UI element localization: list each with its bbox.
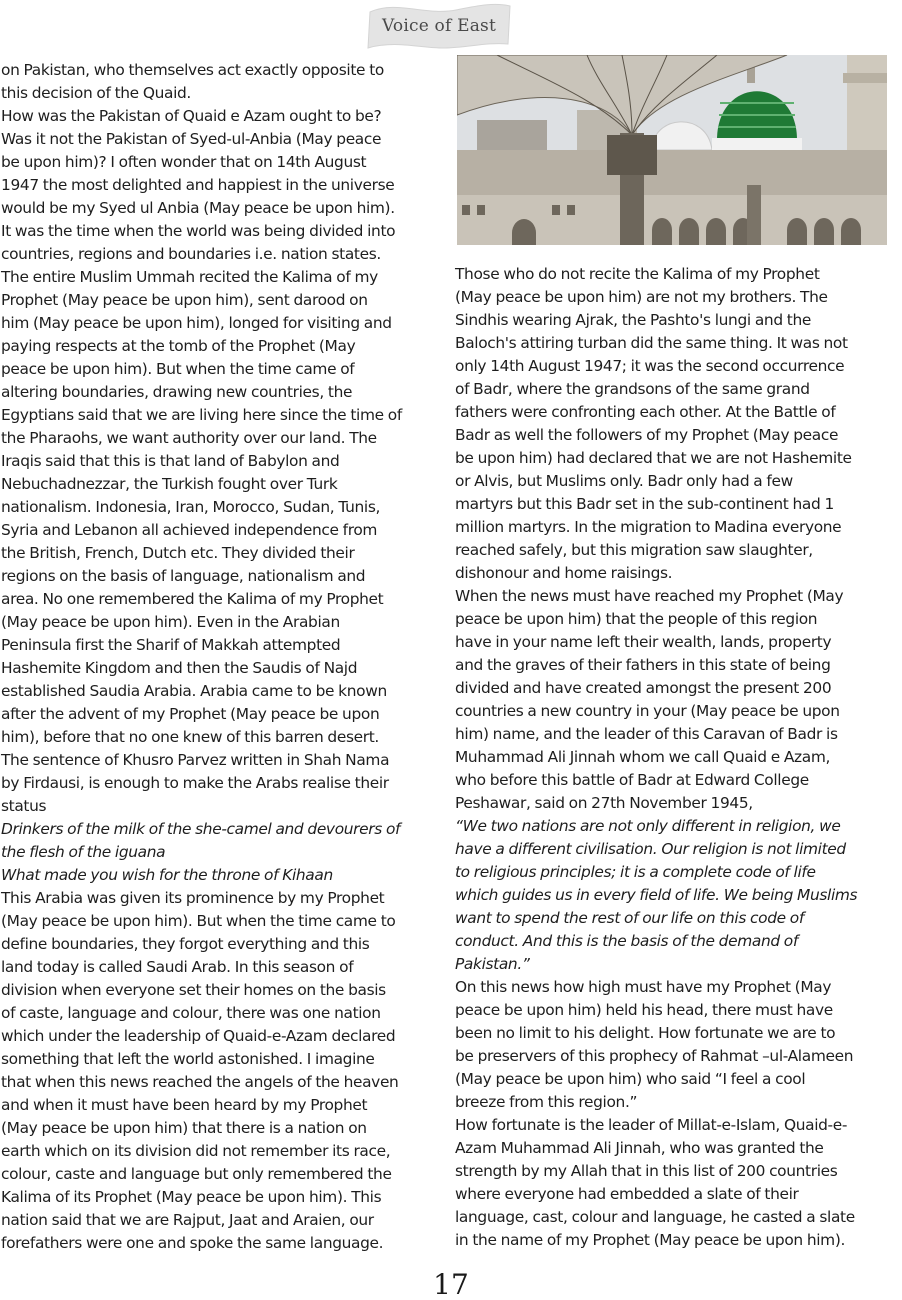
text-line: It was the time when the world was being… — [1, 220, 445, 243]
text-line: regions on the basis of language, nation… — [1, 565, 445, 588]
text-line: paying respects at the tomb of the Proph… — [1, 335, 445, 358]
text-line: would be my Syed ul Anbia (May peace be … — [1, 197, 445, 220]
text-line: Was it not the Pakistan of Syed-ul-Anbia… — [1, 128, 445, 151]
quote-line: conduct. And this is the basis of the de… — [455, 930, 901, 953]
text-line: land today is called Saudi Arab. In this… — [1, 956, 445, 979]
text-line: When the news must have reached my Proph… — [455, 585, 901, 608]
quote-line: Pakistan.” — [455, 953, 901, 976]
quote-line: “We two nations are not only different i… — [455, 815, 901, 838]
text-line: Peninsula first the Sharif of Makkah att… — [1, 634, 445, 657]
green-dome-mosque-photo — [457, 55, 887, 245]
text-line: Syria and Lebanon all achieved independe… — [1, 519, 445, 542]
quote-line: which guides us in every field of life. … — [455, 884, 901, 907]
text-line: strength by my Allah that in this list o… — [455, 1160, 901, 1183]
text-line: be preservers of this prophecy of Rahmat… — [455, 1045, 901, 1068]
text-line: reached safely, but this migration saw s… — [455, 539, 901, 562]
text-line: the Pharaohs, we want authority over our… — [1, 427, 445, 450]
text-line: that when this news reached the angels o… — [1, 1071, 445, 1094]
text-line: fathers were confronting each other. At … — [455, 401, 901, 424]
text-line: area. No one remembered the Kalima of my… — [1, 588, 445, 611]
text-line: Sindhis wearing Ajrak, the Pashto's lung… — [455, 309, 901, 332]
text-line: him (May peace be upon him), longed for … — [1, 312, 445, 335]
text-line: (May peace be upon him). But when the ti… — [1, 910, 445, 933]
text-line: 1947 the most delighted and happiest in … — [1, 174, 445, 197]
text-line: countries, regions and boundaries i.e. n… — [1, 243, 445, 266]
text-line: On this news how high must have my Proph… — [455, 976, 901, 999]
text-line: altering boundaries, drawing new countri… — [1, 381, 445, 404]
text-line: breeze from this region.” — [455, 1091, 901, 1114]
text-line: How fortunate is the leader of Millat-e-… — [455, 1114, 901, 1137]
text-line: Muhammad Ali Jinnah whom we call Quaid e… — [455, 746, 901, 769]
text-line: divided and have created amongst the pre… — [455, 677, 901, 700]
text-line: of caste, language and colour, there was… — [1, 1002, 445, 1025]
quote-line: want to spend the rest of our life on th… — [455, 907, 901, 930]
text-line: countries a new country in your (May pea… — [455, 700, 901, 723]
text-line: (May peace be upon him). Even in the Ara… — [1, 611, 445, 634]
quote-line: have a different civilisation. Our relig… — [455, 838, 901, 861]
text-line: Azam Muhammad Ali Jinnah, who was grante… — [455, 1137, 901, 1160]
text-line: Peshawar, said on 27th November 1945, — [455, 792, 901, 815]
text-line: the British, French, Dutch etc. They div… — [1, 542, 445, 565]
text-line: How was the Pakistan of Quaid e Azam oug… — [1, 105, 445, 128]
text-line: The entire Muslim Ummah recited the Kali… — [1, 266, 445, 289]
text-line: in the name of my Prophet (May peace be … — [455, 1229, 901, 1252]
text-line: forefathers were one and spoke the same … — [1, 1232, 445, 1255]
text-line: be upon him)? I often wonder that on 14t… — [1, 151, 445, 174]
text-line: Hashemite Kingdom and then the Saudis of… — [1, 657, 445, 680]
text-line: million martyrs. In the migration to Mad… — [455, 516, 901, 539]
poem-line: What made you wish for the throne of Kih… — [1, 864, 445, 887]
text-line: him) name, and the leader of this Carava… — [455, 723, 901, 746]
text-line: by Firdausi, is enough to make the Arabs… — [1, 772, 445, 795]
text-line: who before this battle of Badr at Edward… — [455, 769, 901, 792]
text-line: be upon him) had declared that we are no… — [455, 447, 901, 470]
text-line: peace be upon him) that the people of th… — [455, 608, 901, 631]
text-line: Those who do not recite the Kalima of my… — [455, 263, 901, 286]
text-line: established Saudia Arabia. Arabia came t… — [1, 680, 445, 703]
text-line: dishonour and home raisings. — [455, 562, 901, 585]
text-line: nationalism. Indonesia, Iran, Morocco, S… — [1, 496, 445, 519]
text-line: Prophet (May peace be upon him), sent da… — [1, 289, 445, 312]
text-line: which under the leadership of Quaid-e-Az… — [1, 1025, 445, 1048]
publication-title: Voice of East — [366, 16, 512, 36]
quote-line: to religious principles; it is a complet… — [455, 861, 901, 884]
text-line: (May peace be upon him) that there is a … — [1, 1117, 445, 1140]
text-line: Egyptians said that we are living here s… — [1, 404, 445, 427]
text-line: Iraqis said that this is that land of Ba… — [1, 450, 445, 473]
page-number: 17 — [0, 1268, 902, 1300]
text-line: or Alvis, but Muslims only. Badr only ha… — [455, 470, 901, 493]
text-line: on Pakistan, who themselves act exactly … — [1, 59, 445, 82]
text-line: peace be upon him) held his head, there … — [455, 999, 901, 1022]
text-line: Kalima of its Prophet (May peace be upon… — [1, 1186, 445, 1209]
text-line: martyrs but this Badr set in the sub-con… — [455, 493, 901, 516]
text-line: This Arabia was given its prominence by … — [1, 887, 445, 910]
text-line: earth which on its division did not reme… — [1, 1140, 445, 1163]
text-line: Nebuchadnezzar, the Turkish fought over … — [1, 473, 445, 496]
publication-banner: Voice of East — [366, 2, 512, 50]
article-left-column: on Pakistan, who themselves act exactly … — [1, 59, 445, 1255]
text-line: and the graves of their fathers in this … — [455, 654, 901, 677]
article-right-column: Those who do not recite the Kalima of my… — [455, 263, 901, 1252]
text-line: something that left the world astonished… — [1, 1048, 445, 1071]
poem-line: the flesh of the iguana — [1, 841, 445, 864]
text-line: (May peace be upon him) who said “I feel… — [455, 1068, 901, 1091]
text-line: been no limit to his delight. How fortun… — [455, 1022, 901, 1045]
text-line: define boundaries, they forgot everythin… — [1, 933, 445, 956]
text-line: division when everyone set their homes o… — [1, 979, 445, 1002]
text-line: after the advent of my Prophet (May peac… — [1, 703, 445, 726]
text-line: nation said that we are Rajput, Jaat and… — [1, 1209, 445, 1232]
text-line: The sentence of Khusro Parvez written in… — [1, 749, 445, 772]
text-line: Badr as well the followers of my Prophet… — [455, 424, 901, 447]
text-line: Baloch's attiring turban did the same th… — [455, 332, 901, 355]
text-line: peace be upon him). But when the time ca… — [1, 358, 445, 381]
text-line: have in your name left their wealth, lan… — [455, 631, 901, 654]
text-line: (May peace be upon him) are not my broth… — [455, 286, 901, 309]
text-line: and when it must have been heard by my P… — [1, 1094, 445, 1117]
text-line: colour, caste and language but only reme… — [1, 1163, 445, 1186]
text-line: this decision of the Quaid. — [1, 82, 445, 105]
text-line: of Badr, where the grandsons of the same… — [455, 378, 901, 401]
text-line: where everyone had embedded a slate of t… — [455, 1183, 901, 1206]
poem-line: Drinkers of the milk of the she-camel an… — [1, 818, 445, 841]
text-line: status — [1, 795, 445, 818]
text-line: him), before that no one knew of this ba… — [1, 726, 445, 749]
text-line: language, cast, colour and language, he … — [455, 1206, 901, 1229]
text-line: only 14th August 1947; it was the second… — [455, 355, 901, 378]
